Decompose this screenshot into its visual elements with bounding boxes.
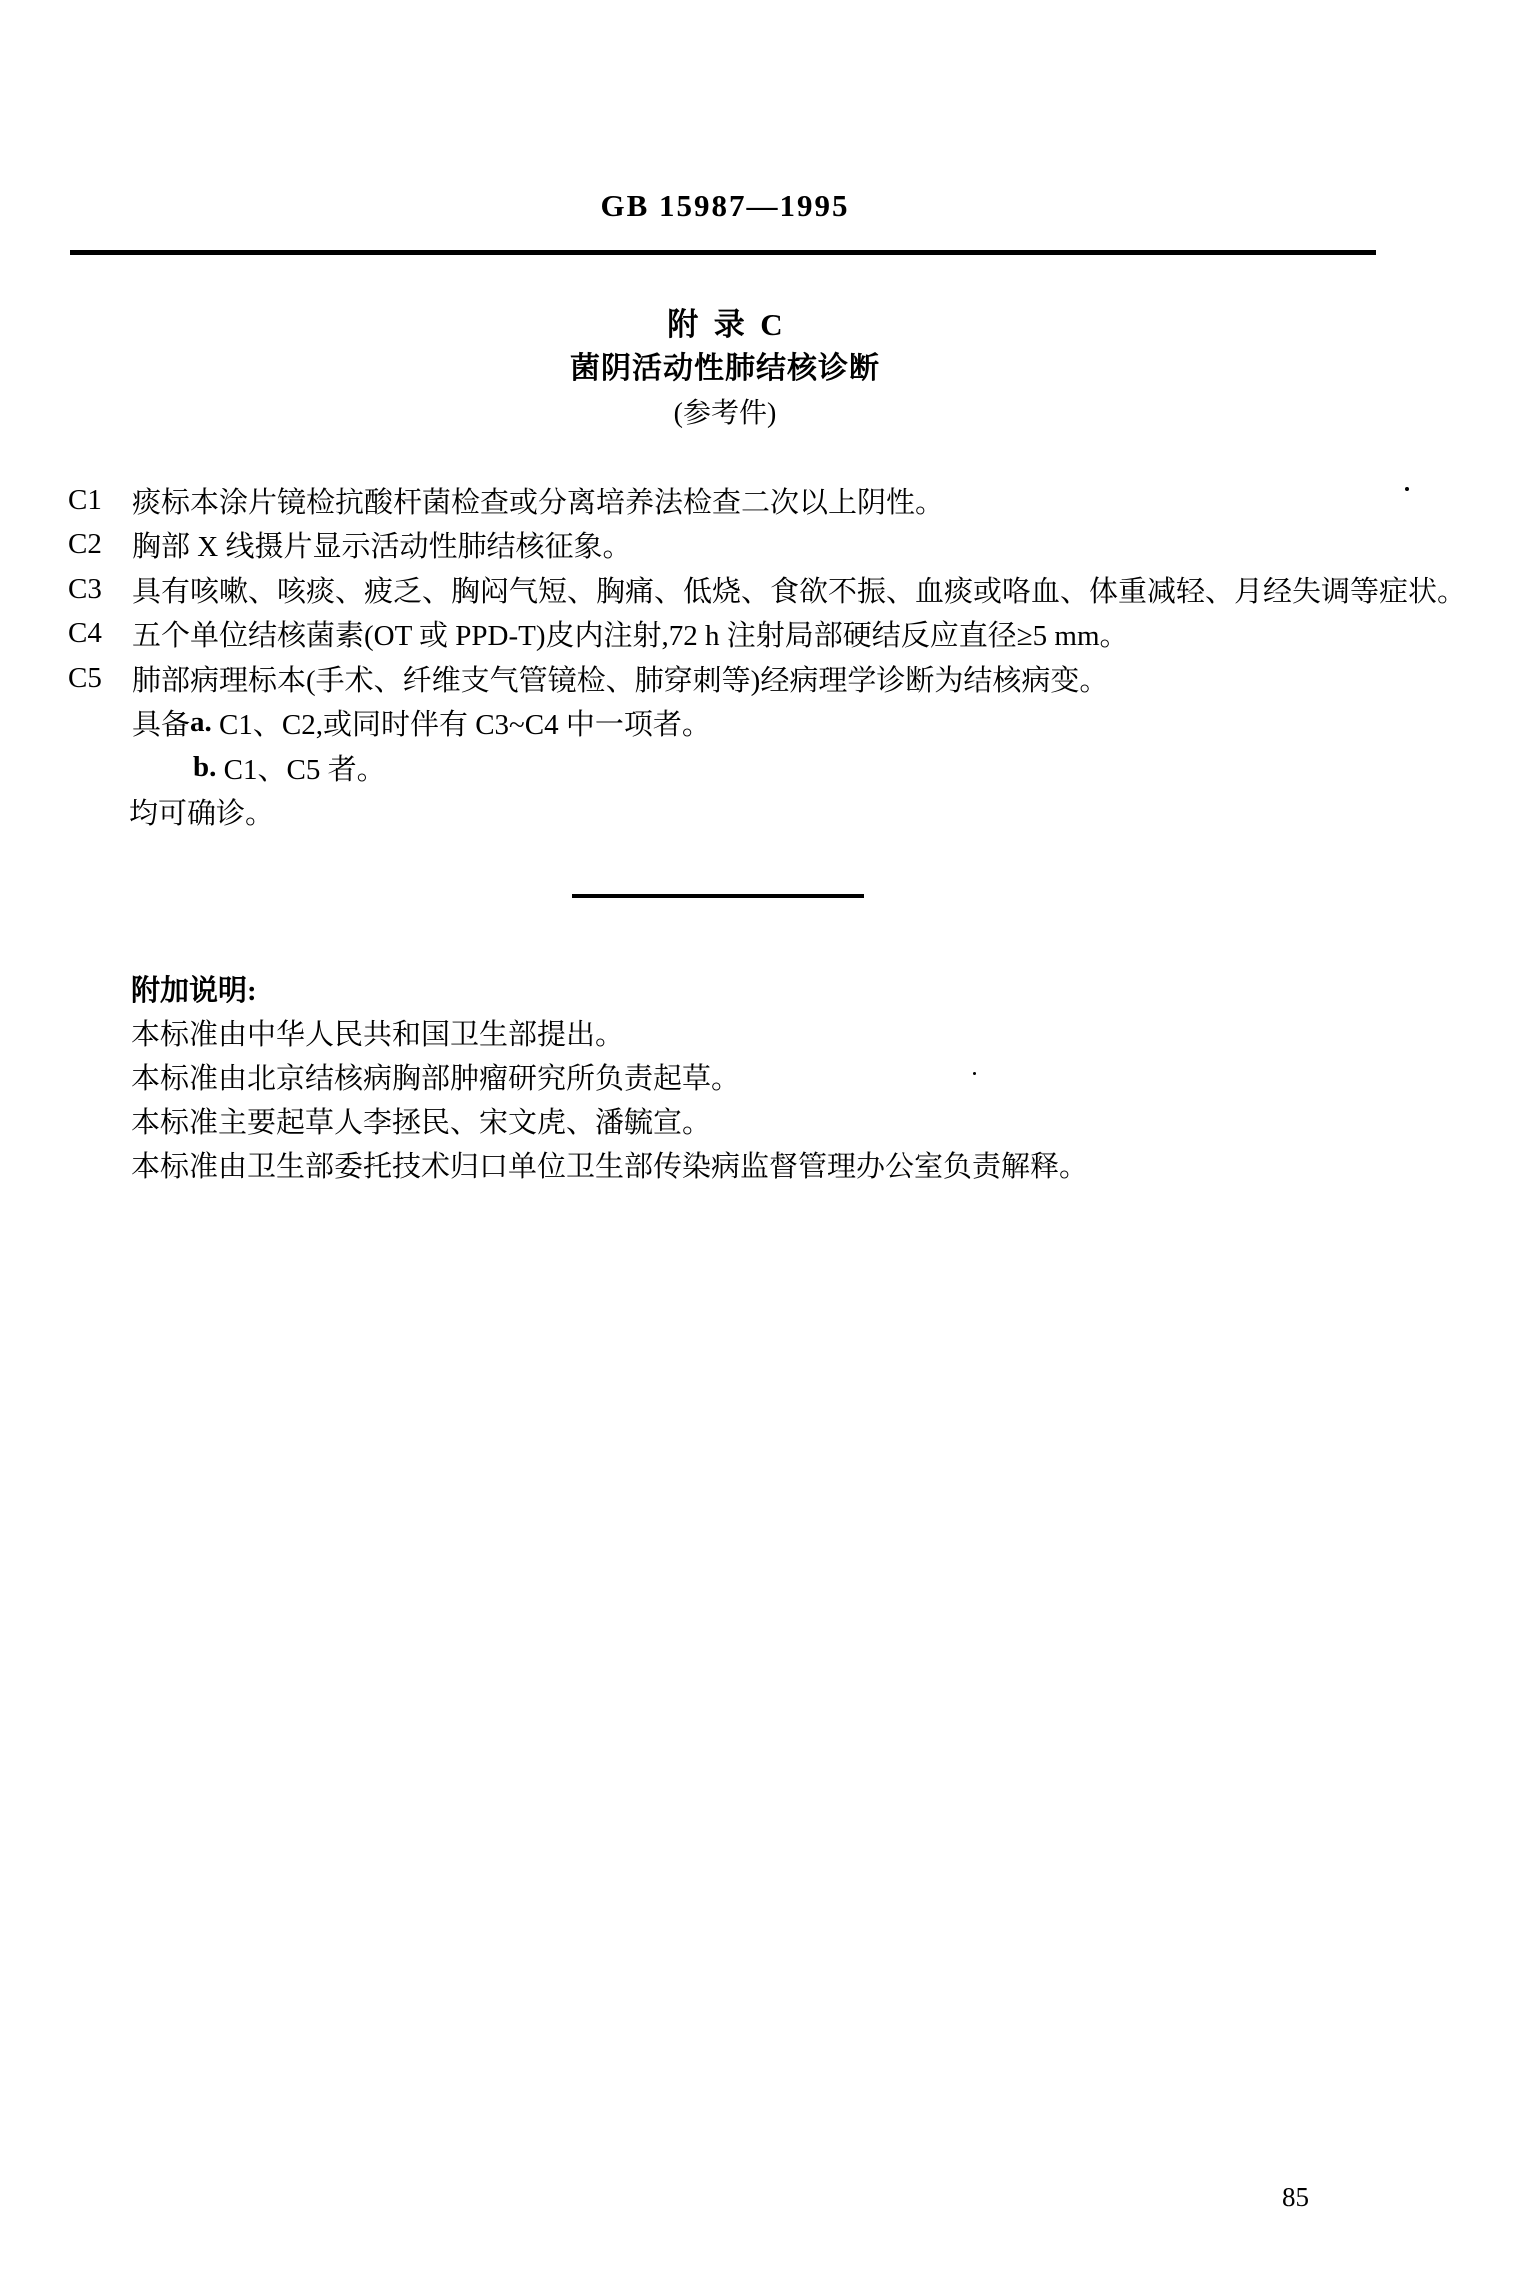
conclusion-text: 均可确诊。 [129, 791, 274, 832]
condition-a-text: C1、C2,或同时伴有 C3~C4 中一项者。 [212, 702, 711, 743]
condition-b-text: C1、C5 者。 [216, 747, 385, 788]
criteria-label: C1 [68, 484, 132, 517]
notes-line: 本标准主要起草人李拯民、宋文虎、潘毓宣。 [131, 1098, 1461, 1142]
criteria-label: C5 [68, 662, 132, 695]
condition-a-prefix: 具备 [132, 702, 190, 743]
condition-line-a: 具备a. C1、C2,或同时伴有 C3~C4 中一项者。 [68, 701, 1468, 746]
additional-notes-block: 附加说明: 本标准由中华人民共和国卫生部提出。 本标准由北京结核病胸部肿瘤研究所… [131, 966, 1461, 1186]
condition-b-label: b. [193, 751, 216, 784]
appendix-title-block: 附 录 C 菌阴活动性肺结核诊断 (参考件) [70, 308, 1380, 430]
condition-line-b: b. C1、C5 者。 [68, 745, 1468, 790]
notes-line: 本标准由北京结核病胸部肿瘤研究所负责起草。 [131, 1054, 1461, 1098]
criteria-item-c2: C2 胸部 X 线摄片显示活动性肺结核征象。 [68, 523, 1468, 568]
section-separator-rule [572, 894, 864, 898]
criteria-text: 痰标本涂片镜检抗酸杆菌检查或分离培养法检查二次以上阴性。 [132, 480, 944, 521]
notes-line: 本标准由卫生部委托技术归口单位卫生部传染病监督管理办公室负责解释。 [131, 1142, 1461, 1186]
criteria-label: C4 [68, 617, 132, 650]
scan-speck [1405, 487, 1409, 491]
criteria-list: C1 痰标本涂片镜检抗酸杆菌检查或分离培养法检查二次以上阴性。 C2 胸部 X … [68, 478, 1468, 834]
doc-number: GB 15987—1995 [70, 188, 1380, 224]
criteria-text: 肺部病理标本(手术、纤维支气管镜检、肺穿刺等)经病理学诊断为结核病变。 [132, 658, 1108, 699]
appendix-title: 附 录 C [70, 308, 1380, 342]
criteria-text: 五个单位结核菌素(OT 或 PPD-T)皮内注射,72 h 注射局部硬结反应直径… [132, 613, 1129, 654]
notes-heading: 附加说明: [131, 966, 1461, 1010]
page-number: 85 [1282, 2182, 1309, 2213]
criteria-item-c5: C5 肺部病理标本(手术、纤维支气管镜检、肺穿刺等)经病理学诊断为结核病变。 [68, 656, 1468, 701]
criteria-item-c3: C3 具有咳嗽、咳痰、疲乏、胸闷气短、胸痛、低烧、食欲不振、血痰或咯血、体重减轻… [68, 567, 1468, 612]
header-rule [70, 250, 1376, 255]
notes-line: 本标准由中华人民共和国卫生部提出。 [131, 1010, 1461, 1054]
condition-a-label: a. [190, 706, 212, 739]
criteria-item-c4: C4 五个单位结核菌素(OT 或 PPD-T)皮内注射,72 h 注射局部硬结反… [68, 612, 1468, 657]
conclusion-line: 均可确诊。 [68, 790, 1468, 835]
criteria-label: C3 [68, 573, 132, 606]
criteria-text: 具有咳嗽、咳痰、疲乏、胸闷气短、胸痛、低烧、食欲不振、血痰或咯血、体重减轻、月经… [132, 569, 1466, 610]
criteria-item-c1: C1 痰标本涂片镜检抗酸杆菌检查或分离培养法检查二次以上阴性。 [68, 478, 1468, 523]
criteria-text: 胸部 X 线摄片显示活动性肺结核征象。 [132, 524, 631, 565]
appendix-reference-note: (参考件) [70, 398, 1380, 430]
criteria-label: C2 [68, 528, 132, 561]
scan-speck [973, 1072, 976, 1075]
appendix-subtitle: 菌阴活动性肺结核诊断 [70, 352, 1380, 386]
